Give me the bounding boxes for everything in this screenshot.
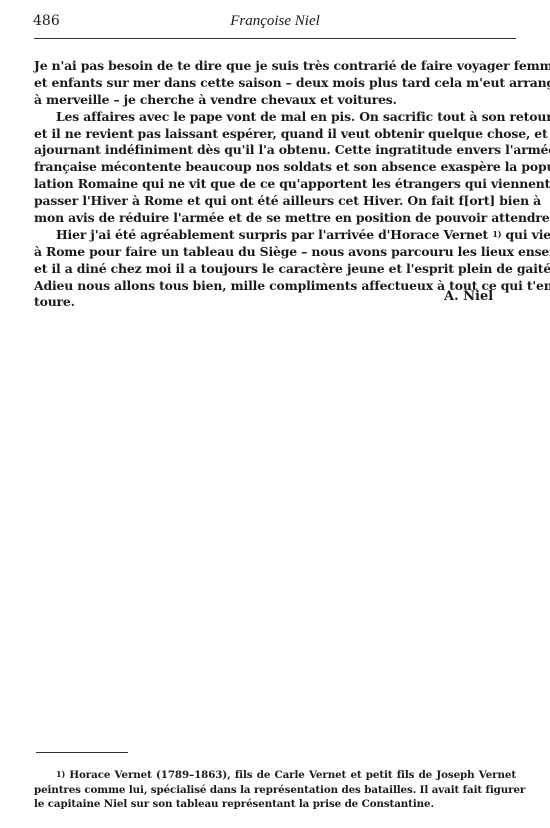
- text-segment: Hier j'ai été agréablement surpris par l…: [56, 227, 488, 242]
- text-line: et il a diné chez moi il a toujours le c…: [34, 261, 516, 278]
- footnote: 1) Horace Vernet (1789–1863), fils de Ca…: [34, 768, 516, 812]
- footnote-marker: 1): [56, 769, 65, 779]
- text-line: et enfants sur mer dans cette saison – d…: [34, 75, 516, 92]
- text-line: Hier j'ai été agréablement surpris par l…: [34, 227, 516, 244]
- footnote-ref[interactable]: 1): [492, 229, 501, 239]
- signature: A. Niel: [444, 289, 493, 304]
- footnote-line: 1) Horace Vernet (1789–1863), fils de Ca…: [34, 768, 516, 783]
- paragraph-2: Les affaires avec le pape vont de mal en…: [34, 109, 516, 227]
- letter-body: Je n'ai pas besoin de te dire que je sui…: [34, 58, 516, 311]
- paragraph-1: Je n'ai pas besoin de te dire que je sui…: [34, 58, 516, 109]
- running-title: Françoise Niel: [0, 13, 550, 30]
- text-line: Les affaires avec le pape vont de mal en…: [34, 109, 516, 126]
- text-segment: Horace Vernet (1789–1863), fils de Carle…: [69, 769, 516, 781]
- text-line: ajournant indéfiniment dès qu'il l'a obt…: [34, 142, 516, 159]
- header-rule: [34, 38, 516, 39]
- text-line: mon avis de réduire l'armée et de se met…: [34, 210, 516, 227]
- text-line: à merveille – je cherche à vendre chevau…: [34, 92, 516, 109]
- footnote-rule: [36, 752, 128, 753]
- footnote-line: le capitaine Niel sur son tableau représ…: [34, 797, 516, 812]
- text-line: française mécontente beaucoup nos soldat…: [34, 159, 516, 176]
- text-segment: qui vient: [506, 227, 550, 242]
- footnote-line: peintres comme lui, spécialisé dans la r…: [34, 783, 516, 798]
- text-line: Je n'ai pas besoin de te dire que je sui…: [34, 58, 516, 75]
- text-line: lation Romaine qui ne vit que de ce qu'a…: [34, 176, 516, 193]
- text-line: passer l'Hiver à Rome et qui ont été ail…: [34, 193, 516, 210]
- text-line: et il ne revient pas laissant espérer, q…: [34, 126, 516, 143]
- text-line: à Rome pour faire un tableau du Siège – …: [34, 244, 516, 261]
